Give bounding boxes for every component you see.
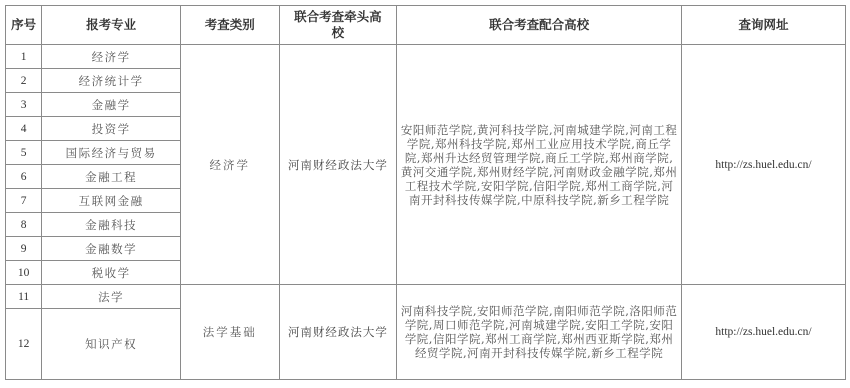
major-cell: 投资学 bbox=[42, 117, 181, 141]
seq-cell: 2 bbox=[6, 69, 42, 93]
seq-cell: 4 bbox=[6, 117, 42, 141]
url-link[interactable]: http://zs.huel.edu.cn/ bbox=[681, 285, 845, 380]
partner-schools-cell: 河南科技学院,安阳师范学院,南阳师范学院,洛阳师范学院,周口师范学院,河南城建学… bbox=[397, 285, 682, 380]
lead-school-cell: 河南财经政法大学 bbox=[279, 45, 397, 285]
major-cell: 金融工程 bbox=[42, 165, 181, 189]
major-cell: 金融学 bbox=[42, 93, 181, 117]
seq-cell: 6 bbox=[6, 165, 42, 189]
major-cell: 金融科技 bbox=[42, 213, 181, 237]
major-cell: 国际经济与贸易 bbox=[42, 141, 181, 165]
seq-cell: 10 bbox=[6, 261, 42, 285]
table-row: 11 法学 法学基础 河南财经政法大学 河南科技学院,安阳师范学院,南阳师范学院… bbox=[6, 285, 846, 309]
major-cell: 金融数学 bbox=[42, 237, 181, 261]
header-lead-school-label: 联合考查牵头高校 bbox=[294, 9, 382, 40]
header-partner-schools: 联合考查配合高校 bbox=[397, 6, 682, 45]
seq-cell: 8 bbox=[6, 213, 42, 237]
admission-table: 序号 报考专业 考查类别 联合考查牵头高校 联合考查配合高校 查询网址 1 经济… bbox=[5, 5, 846, 380]
seq-cell: 5 bbox=[6, 141, 42, 165]
url-link[interactable]: http://zs.huel.edu.cn/ bbox=[681, 45, 845, 285]
header-lead-school: 联合考查牵头高校 bbox=[279, 6, 397, 45]
seq-cell: 7 bbox=[6, 189, 42, 213]
major-cell: 经济学 bbox=[42, 45, 181, 69]
header-category: 考查类别 bbox=[181, 6, 280, 45]
major-cell: 知识产权 bbox=[42, 309, 181, 380]
header-seq: 序号 bbox=[6, 6, 42, 45]
table-row: 1 经济学 经济学 河南财经政法大学 安阳师范学院,黄河科技学院,河南城建学院,… bbox=[6, 45, 846, 69]
partner-schools-cell: 安阳师范学院,黄河科技学院,河南城建学院,河南工程学院,郑州科技学院,郑州工业应… bbox=[397, 45, 682, 285]
category-cell: 经济学 bbox=[181, 45, 280, 285]
major-cell: 经济统计学 bbox=[42, 69, 181, 93]
header-major: 报考专业 bbox=[42, 6, 181, 45]
seq-cell: 11 bbox=[6, 285, 42, 309]
major-cell: 税收学 bbox=[42, 261, 181, 285]
seq-cell: 3 bbox=[6, 93, 42, 117]
seq-cell: 9 bbox=[6, 237, 42, 261]
major-cell: 法学 bbox=[42, 285, 181, 309]
lead-school-cell: 河南财经政法大学 bbox=[279, 285, 397, 380]
header-url: 查询网址 bbox=[681, 6, 845, 45]
category-cell: 法学基础 bbox=[181, 285, 280, 380]
seq-cell: 1 bbox=[6, 45, 42, 69]
major-cell: 互联网金融 bbox=[42, 189, 181, 213]
seq-cell: 12 bbox=[6, 309, 42, 380]
header-row: 序号 报考专业 考查类别 联合考查牵头高校 联合考查配合高校 查询网址 bbox=[6, 6, 846, 45]
